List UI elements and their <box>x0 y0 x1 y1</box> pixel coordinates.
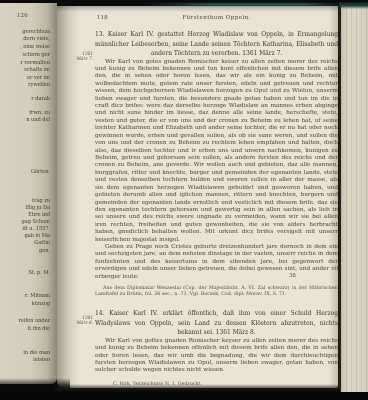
left-page-fragment: in die man <box>23 350 50 356</box>
page-content: 118 Fürstenthum Oppeln. 1361 März 7. 136… <box>57 6 338 388</box>
left-page-fragment: ryweilen <box>28 82 50 88</box>
charter-body-14: Wir Karl von gottes gnaden Romischer key… <box>95 338 338 375</box>
left-page-fragment: , eine weise <box>20 44 50 50</box>
left-page-fragment: Gärten. <box>31 169 50 175</box>
charter-dating-13: Geben zu Prage noch Cristes geburte drei… <box>95 244 338 281</box>
left-page-fragment: it ihn die <box>28 326 50 332</box>
margin-date-entry-13: 1361 März 7. <box>71 51 93 61</box>
left-page-fragment: Gattin <box>34 240 50 246</box>
scan-glare-line <box>140 3 345 6</box>
left-page-fragment: Illig ju Da <box>25 205 50 211</box>
left-page-fragment: r vermalten <box>20 60 50 66</box>
text-column: 13. Kaiser Karl IV. gestattet Herzog Wla… <box>95 30 338 388</box>
left-page-fragment: gerechtsza <box>22 29 50 35</box>
left-page-fragment: Ehre ind <box>28 212 50 218</box>
scanned-page: 118 Fürstenthum Oppeln. 1361 März 7. 136… <box>57 6 340 388</box>
sheet-signature-mark: 38 <box>289 273 296 279</box>
left-page-fragment: schafts im <box>24 67 50 73</box>
left-page-fragment: leisten <box>33 357 50 363</box>
left-page-fragment: n und del <box>26 117 50 123</box>
regest-heading-13: 13. Kaiser Karl IV. gestattet Herzog Wla… <box>95 30 338 59</box>
left-page-text-fragments: gerechtszadern viele,, eine weiseschirm … <box>0 3 57 384</box>
scan-bottom-border <box>0 392 368 400</box>
left-page-fragment: trag zu <box>32 198 50 204</box>
margin-date-entry-14: 1361 März 8. <box>71 315 93 325</box>
charter-body-13: Wir Karl von gotes gnaden Romischer keis… <box>95 59 338 245</box>
book-fore-edge <box>339 2 368 396</box>
running-title: Fürstenthum Oppeln. <box>95 15 338 21</box>
left-page-fragment: dern viele, <box>23 36 50 42</box>
margin-date-day: März 7. <box>71 56 93 61</box>
left-page-fragment: künzog <box>32 301 50 307</box>
left-page-fragment: r: Mitnam <box>25 293 50 299</box>
left-facing-page: 126 gerechtszadern viele,, eine weisesch… <box>0 3 57 384</box>
regest-heading-14: 14. Kaiser Karl IV. erklärt öffentlich, … <box>95 309 338 338</box>
left-page-fragment: r darab <box>31 96 50 102</box>
left-page-fragment: frwn. zu <box>29 110 50 116</box>
left-page-fragment: schirm ger <box>23 52 51 58</box>
margin-date-day: März 8. <box>71 320 93 325</box>
left-page-fragment: gag Schum <box>21 219 50 225</box>
left-page-fragment: gen. <box>39 248 50 254</box>
left-page-fragment: gab in Ma <box>24 233 50 239</box>
left-page-fragment: er ver im <box>27 75 50 81</box>
footnote-13: Aus dem Diplomatar Wenzeslai (Cop. der M… <box>95 286 338 299</box>
left-page-fragment: reifen under <box>18 318 50 324</box>
left-page-fragment: St. p. M. <box>28 270 50 276</box>
left-page-fragment: ift u. 1557. <box>22 226 50 232</box>
